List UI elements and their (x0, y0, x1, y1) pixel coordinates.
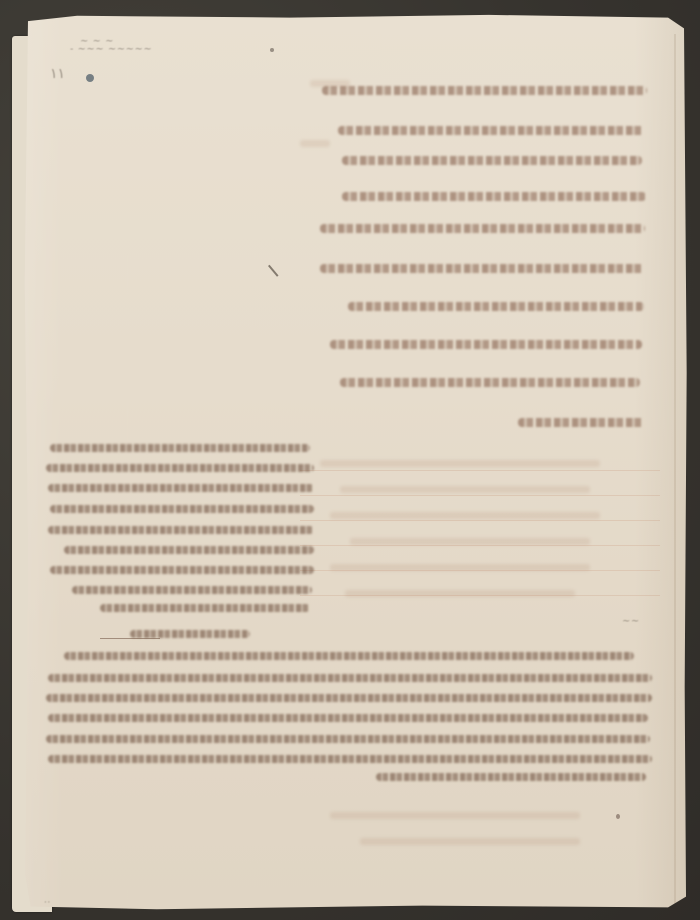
heading-underline (100, 638, 160, 639)
bottom-corner-mark: ·· (44, 898, 51, 908)
page-fold-line (674, 34, 676, 914)
paper-spot (270, 48, 274, 52)
margin-note-right: ~~ (622, 616, 640, 627)
ink-blot (86, 74, 94, 82)
folio-number: ۱۱ (50, 66, 65, 82)
paper-spot (616, 814, 620, 819)
marginal-note-second: - ~~~ ~~~~~ (70, 44, 152, 55)
